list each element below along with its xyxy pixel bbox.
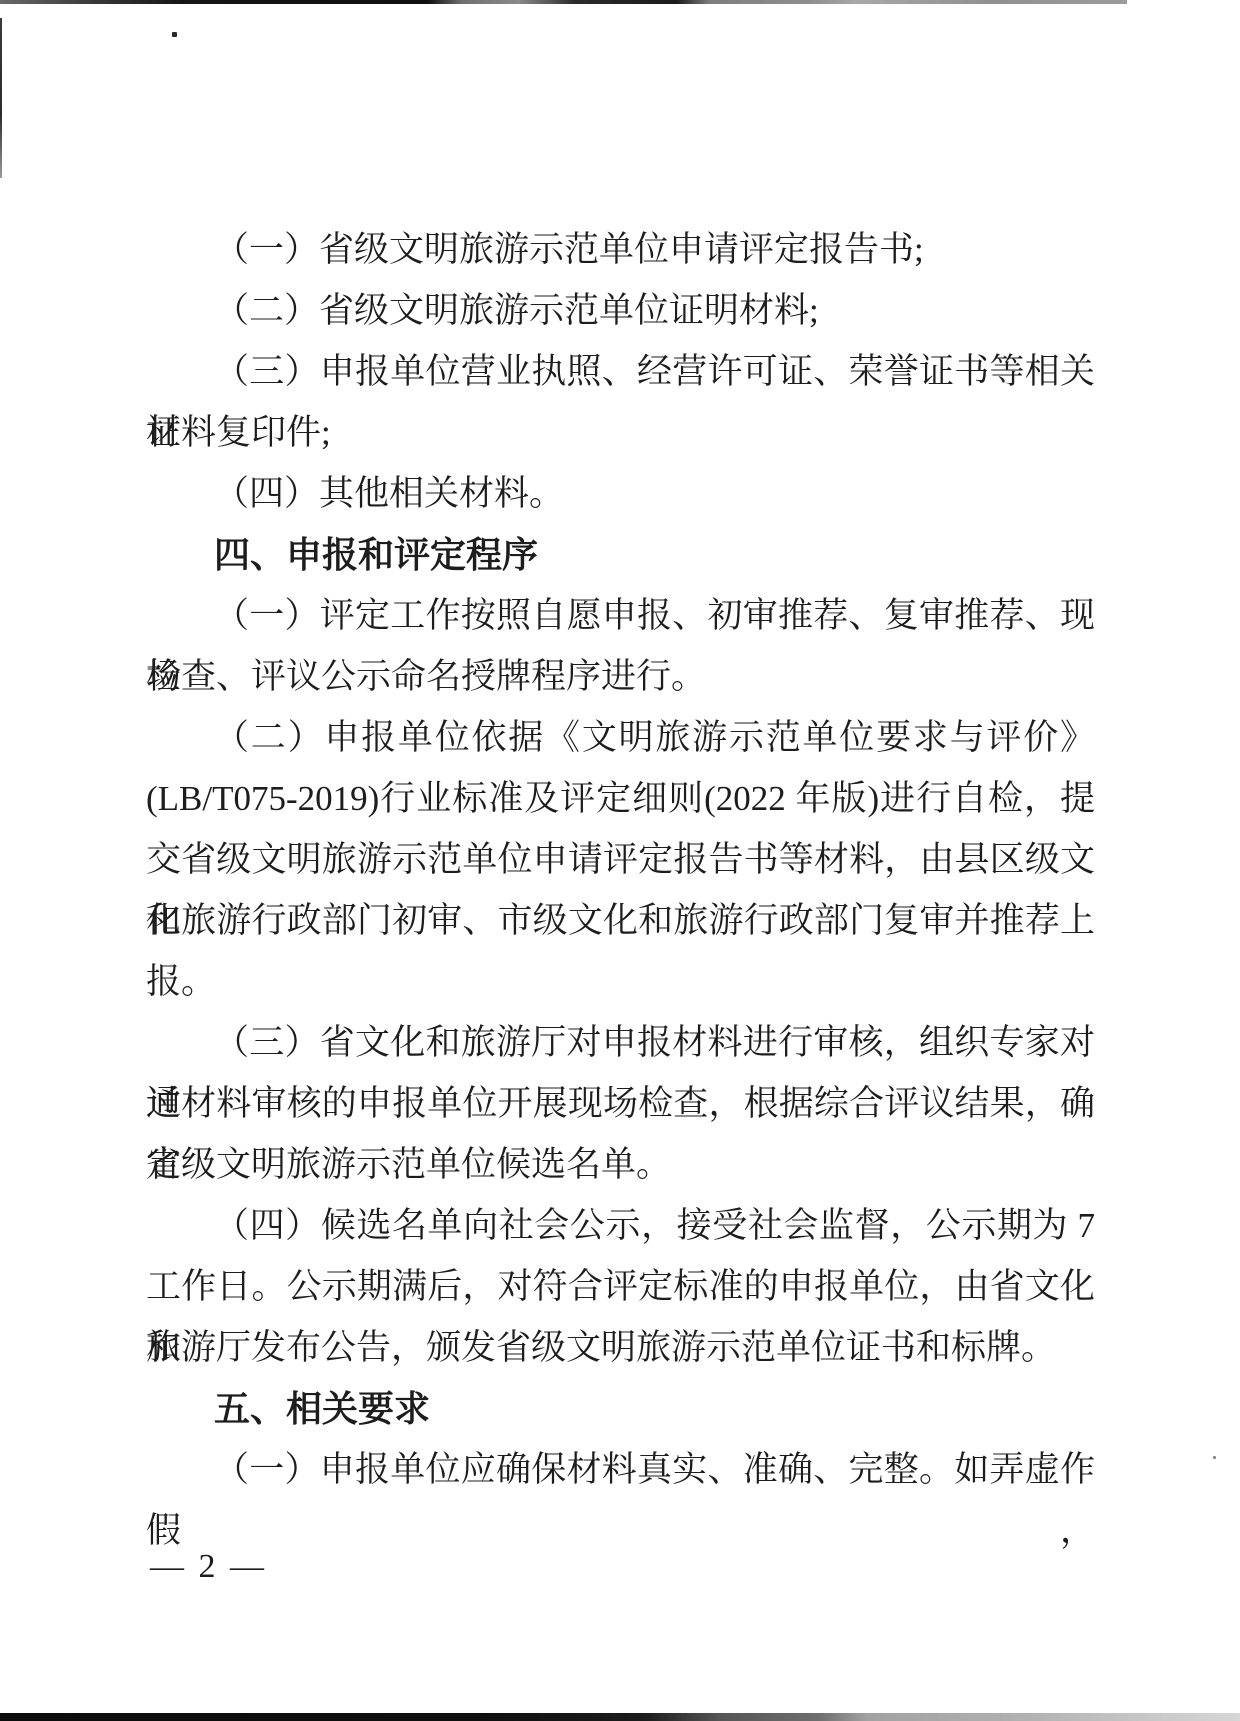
text-line: 和旅游行政部门初审、市级文化和旅游行政部门复审并推荐上	[146, 890, 1095, 951]
scan-edge-top	[0, 0, 1127, 4]
text-line: （一）评定工作按照自愿申报、初审推荐、复审推荐、现场	[146, 585, 1095, 646]
document-page: （一）省级文明旅游示范单位申请评定报告书;（二）省级文明旅游示范单位证明材料;（…	[0, 0, 1240, 1721]
text-line: （三）省文化和旅游厅对申报材料进行审核，组织专家对通	[146, 1012, 1095, 1073]
text-line: （一）省级文明旅游示范单位申请评定报告书;	[146, 219, 1095, 280]
text-line: 过材料审核的申报单位开展现场检查，根据综合评议结果，确定	[146, 1073, 1095, 1134]
text-line: 工作日。公示期满后，对符合评定标准的申报单位，由省文化和	[146, 1256, 1095, 1317]
scan-edge-bottom	[0, 1713, 1240, 1721]
text-line: 检查、评议公示命名授牌程序进行。	[146, 646, 1095, 707]
scan-edge-left	[0, 18, 2, 178]
section-heading: 五、相关要求	[146, 1378, 1095, 1439]
text-line: 旅游厅发布公告，颁发省级文明旅游示范单位证书和标牌。	[146, 1317, 1095, 1378]
document-text-block: （一）省级文明旅游示范单位申请评定报告书;（二）省级文明旅游示范单位证明材料;（…	[146, 219, 1095, 1500]
scan-speck	[172, 32, 177, 37]
text-line: （四）其他相关材料。	[146, 463, 1095, 524]
text-line: 材料复印件;	[146, 402, 1095, 463]
text-line: （二）申报单位依据《文明旅游示范单位要求与评价》	[146, 707, 1095, 768]
text-line: （二）省级文明旅游示范单位证明材料;	[146, 280, 1095, 341]
text-line: 交省级文明旅游示范单位申请评定报告书等材料，由县区级文化	[146, 829, 1095, 890]
text-line: （四）候选名单向社会公示，接受社会监督，公示期为 7	[146, 1195, 1095, 1256]
text-line: (LB/T075-2019)行业标准及评定细则(2022 年版)进行自检，提	[146, 768, 1095, 829]
section-heading: 四、申报和评定程序	[146, 524, 1095, 585]
text-line: （三）申报单位营业执照、经营许可证、荣誉证书等相关证	[146, 341, 1095, 402]
text-line: （一）申报单位应确保材料真实、准确、完整。如弄虚作假，	[146, 1439, 1095, 1500]
text-line: 报。	[146, 951, 1095, 1012]
page-number: — 2 —	[150, 1540, 267, 1594]
text-line: 省级文明旅游示范单位候选名单。	[146, 1134, 1095, 1195]
scan-speck	[1213, 1456, 1216, 1459]
